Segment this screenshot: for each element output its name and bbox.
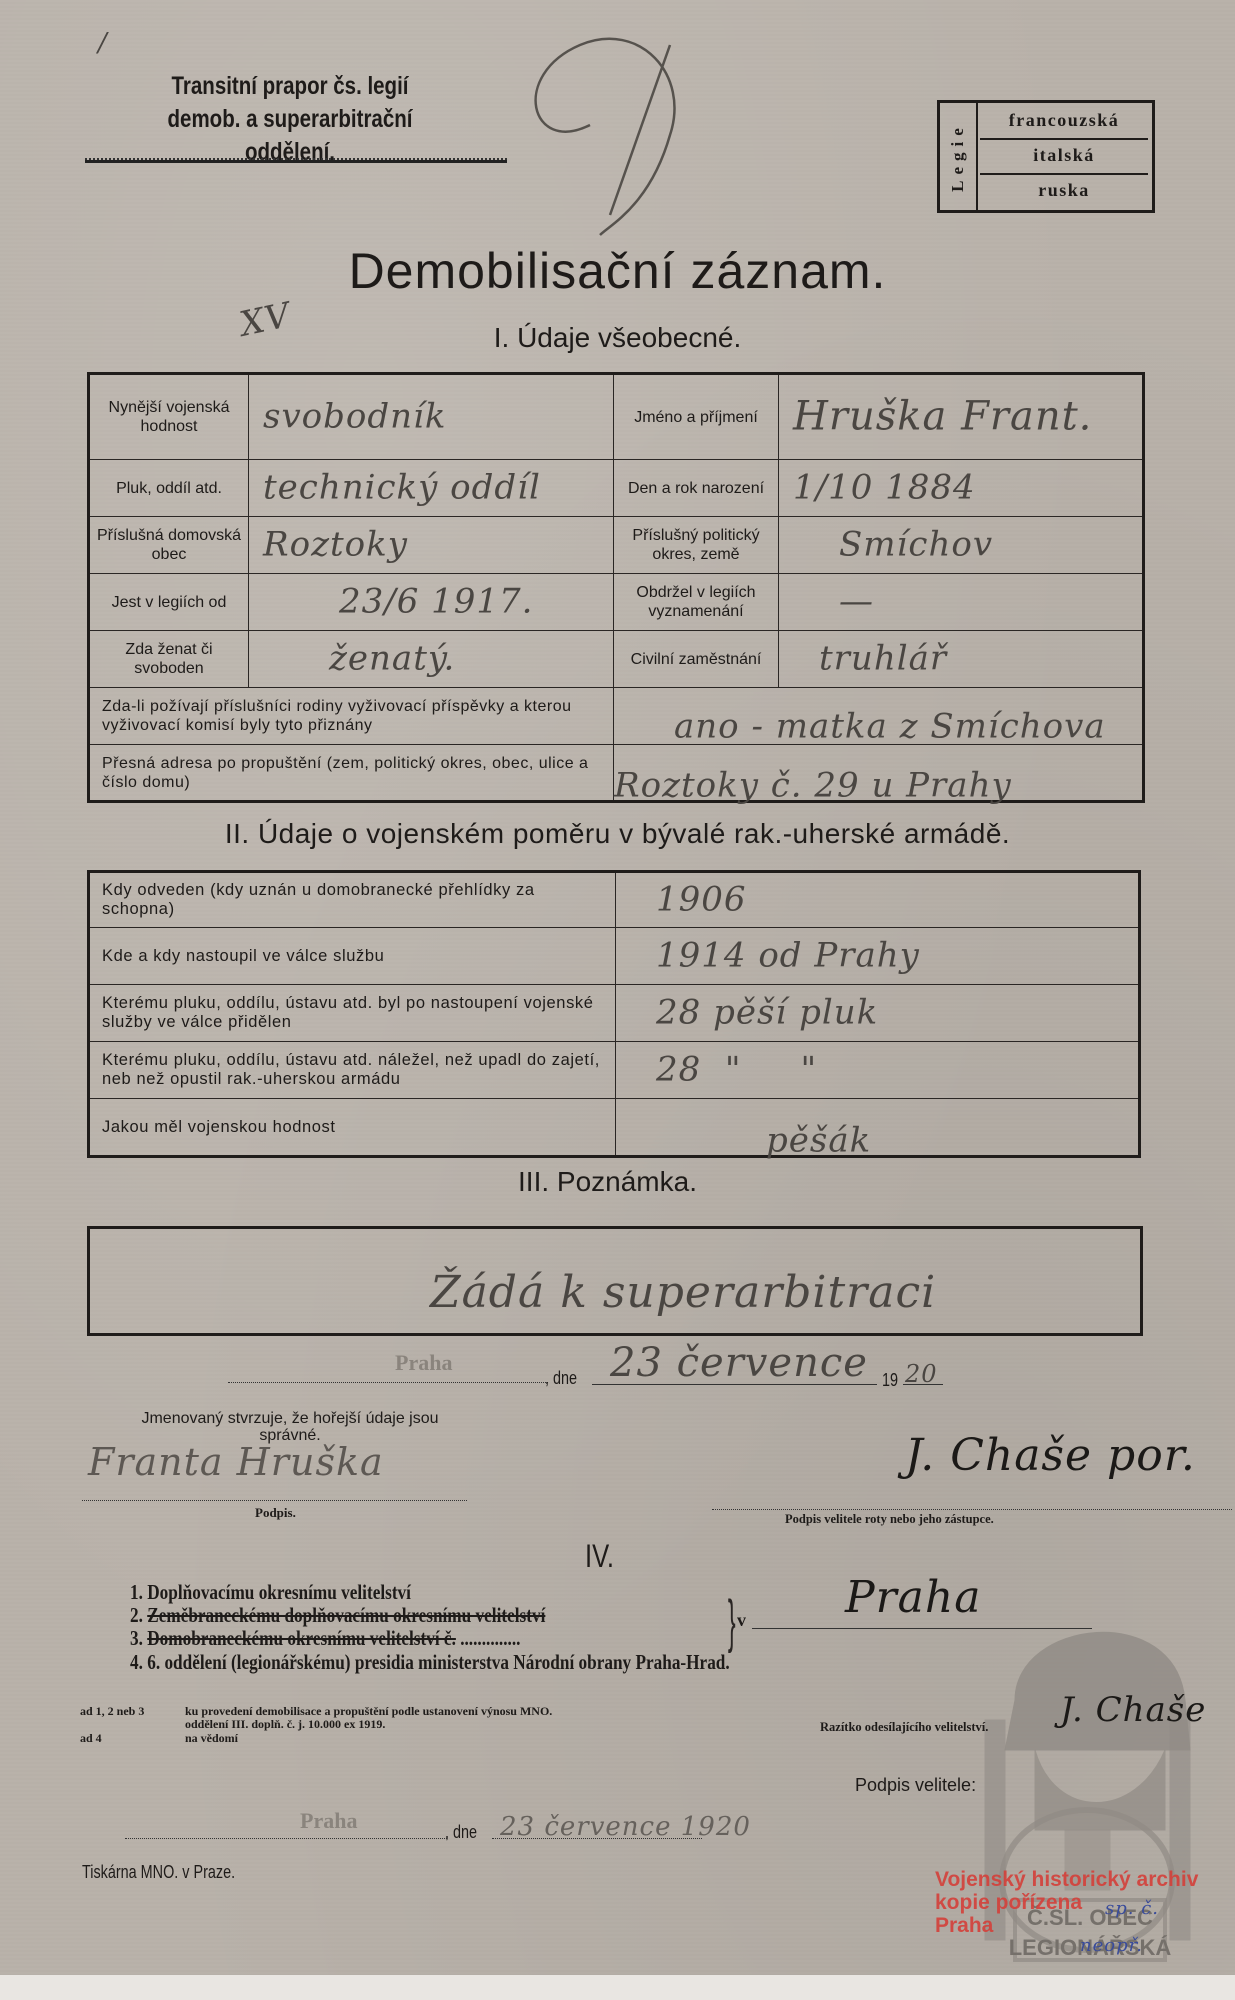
table-row: Jest v legiích od 23/6 1917. Obdržel v l… [89, 574, 1144, 631]
field-value: ženatý. [249, 631, 614, 688]
table-row: Příslušná domovská obec Roztoky Příslušn… [89, 517, 1144, 574]
field-value: 23/6 1917. [249, 574, 614, 631]
field-label: Jakou měl vojenskou hodnost [89, 1099, 616, 1157]
page-edge [0, 1975, 1235, 2000]
section-1-table: Nynější vojenská hodnost svobodník Jméno… [87, 372, 1145, 803]
field-value: Roztoky [249, 517, 614, 574]
field-value: Smíchov [779, 517, 1144, 574]
footnote-ref-2: ad 4 [80, 1731, 102, 1746]
corner-mark: / [98, 28, 108, 58]
field-value: — [779, 574, 1144, 631]
section-2-title: II. Údaje o vojenském poměru v bývalé ra… [0, 818, 1235, 850]
page-title: Demobilisační záznam. [0, 242, 1235, 300]
table-row: Jakou měl vojenskou hodnost pěšák [89, 1099, 1140, 1157]
table-row: Pluk, oddíl atd. technický oddíl Den a r… [89, 460, 1144, 517]
v-value: Praha [845, 1572, 981, 1623]
commander-label: Podpis velitele: [855, 1775, 976, 1796]
field-label: Pluk, oddíl atd. [89, 460, 249, 517]
field-label: Den a rok narození [614, 460, 779, 517]
table-row: Zda ženat či svoboden ženatý. Civilní za… [89, 631, 1144, 688]
dne-label: , dne [545, 1368, 577, 1389]
field-value: 1914 od Prahy [616, 928, 1140, 985]
field-value: technický oddíl [249, 460, 614, 517]
field-label: Nynější vojenská hodnost [89, 374, 249, 460]
signature-label: Podpis. [255, 1505, 296, 1521]
legie-option-french: francouzská [980, 103, 1148, 140]
place-line [228, 1382, 548, 1383]
field-value: truhlář [779, 631, 1144, 688]
footnote-ref-1: ad 1, 2 neb 3 [80, 1705, 144, 1718]
iv-item-2: 2. Zeměbraneckému doplňovacímu okresnímu… [130, 1603, 545, 1628]
legie-option-italian: italská [980, 138, 1148, 175]
date-value-2: 23 července 1920 [500, 1812, 751, 1842]
confirmation-text: Jmenovaný stvrzuje, že hořejší údaje jso… [110, 1410, 470, 1444]
field-label: Civilní zaměstnání [614, 631, 779, 688]
table-row: Kterému pluku, oddílu, ústavu atd. nálež… [89, 1042, 1140, 1099]
section-2-table: Kdy odveden (kdy uznán u domobranecké př… [87, 870, 1141, 1158]
table-row: Přesná adresa po propuštění (zem, politi… [89, 745, 1144, 802]
place-stamp-2: Praha [300, 1808, 357, 1834]
header-rule [85, 158, 507, 163]
field-value: Hruška Frant. [779, 374, 1144, 460]
field-value: pěšák [616, 1099, 1140, 1157]
v-label: v [737, 1610, 746, 1631]
note-value: Žádá k superarbitraci [430, 1267, 936, 1318]
section-3-title: III. Poznámka. [0, 1166, 1225, 1198]
org-line-1: Transitní prapor čs. legií [122, 70, 458, 103]
section-4-title: IV. [585, 1538, 614, 1575]
place-stamp: Praha [395, 1350, 452, 1376]
table-row: Zda-li požívají příslušníci rodiny vyživ… [89, 688, 1144, 745]
commander-signature: J. Chaše por. [905, 1430, 1196, 1481]
field-label: Obdržel v legiích vyznamenání [614, 574, 779, 631]
allowance-value: ano - matka z Smíchova [614, 688, 1144, 745]
header-organization: Transitní prapor čs. legií demob. a supe… [122, 70, 458, 169]
table-row: Kterému pluku, oddílu, ústavu atd. byl p… [89, 985, 1140, 1042]
field-label: Kterému pluku, oddílu, ústavu atd. nálež… [89, 1042, 616, 1099]
blue-note-1: sp. č. [1105, 1898, 1159, 1919]
printer-line: Tiskárna MNO. v Praze. [82, 1862, 235, 1883]
stamp-signature: J. Chaše [1060, 1690, 1206, 1730]
footnote-ref-1-text: ku provedení demobilisace a propuštění p… [185, 1705, 560, 1731]
dne-label-2: , dne [445, 1822, 477, 1843]
field-label: Kdy odveden (kdy uznán u domobranecké př… [89, 872, 616, 928]
field-value: 28 pěší pluk [616, 985, 1140, 1042]
legie-label: Legie [940, 103, 978, 210]
iv-item-4: 4. 6. oddělení (legionářskému) presidia … [130, 1650, 730, 1675]
year-prefix: 19 [882, 1370, 898, 1391]
field-label: Zda ženat či svoboden [89, 631, 249, 688]
address-value: Roztoky č. 29 u Prahy [614, 745, 1144, 802]
place-line-2 [125, 1838, 447, 1839]
address-label: Přesná adresa po propuštění (zem, politi… [89, 745, 614, 802]
commander-signature-line [712, 1509, 1232, 1510]
person-signature: Franta Hruška [88, 1440, 384, 1484]
field-value: 28 " " [616, 1042, 1140, 1099]
table-row: Nynější vojenská hodnost svobodník Jméno… [89, 374, 1144, 460]
blue-note-2: neopř. [1080, 1935, 1143, 1956]
year-suffix: 20 [905, 1360, 938, 1388]
signature-line [82, 1500, 467, 1501]
handwritten-number-mark [470, 15, 730, 245]
field-label: Příslušný politický okres, země [614, 517, 779, 574]
stamp-label: Razítko odesílajícího velitelství. [820, 1720, 988, 1735]
field-value: 1906 [616, 872, 1140, 928]
allowance-label: Zda-li požívají příslušníci rodiny vyživ… [89, 688, 614, 745]
legie-box: Legie francouzská italská ruska [937, 100, 1155, 213]
field-label: Kde a kdy nastoupil ve válce službu [89, 928, 616, 985]
field-label: Příslušná domovská obec [89, 517, 249, 574]
field-label: Jméno a příjmení [614, 374, 779, 460]
iv-item-3: 3. Domobraneckému okresnímu velitelství … [130, 1626, 520, 1651]
table-row: Kde a kdy nastoupil ve válce službu 1914… [89, 928, 1140, 985]
table-row: Kdy odveden (kdy uznán u domobranecké př… [89, 872, 1140, 928]
field-label: Kterému pluku, oddílu, ústavu atd. byl p… [89, 985, 616, 1042]
brace: } [728, 1588, 736, 1655]
legie-option-russian: ruska [980, 173, 1148, 208]
section-1-title: I. Údaje všeobecné. [0, 322, 1235, 354]
footnote-ref-2-text: na vědomí [185, 1731, 238, 1746]
field-label: Jest v legiích od [89, 574, 249, 631]
field-value: 1/10 1884 [779, 460, 1144, 517]
date-value: 23 července [610, 1340, 868, 1386]
commander-signature-label: Podpis velitele roty nebo jeho zástupce. [785, 1512, 994, 1527]
note-box: Žádá k superarbitraci [87, 1226, 1143, 1336]
field-value: svobodník [249, 374, 614, 460]
iv-item-1: 1. Doplňovacímu okresnímu velitelství [130, 1580, 411, 1605]
